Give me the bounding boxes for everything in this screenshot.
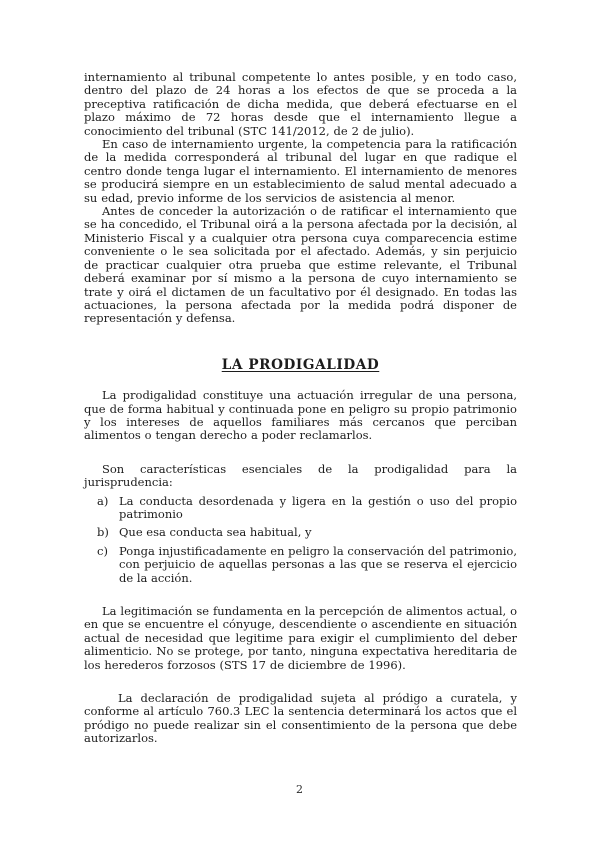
characteristics-list: a) La conducta desordenada y ligera en l…: [84, 495, 517, 585]
document-body: internamiento al tribunal competente lo …: [84, 71, 517, 746]
paragraph-declaracion-curatela: La declaración de prodigalidad sujeta al…: [84, 692, 517, 746]
list-item-c: c) Ponga injustificadamente en peligro l…: [84, 545, 517, 585]
paragraph-internamiento-urgente: En caso de internamiento urgente, la com…: [84, 138, 517, 205]
list-marker-a: a): [97, 495, 119, 522]
list-marker-c: c): [97, 545, 119, 585]
list-item-b: b) Que esa conducta sea habitual, y: [84, 526, 517, 539]
paragraph-autorizacion-ratificacion: Antes de conceder la autorización o de r…: [84, 205, 517, 326]
paragraph-legitimacion: La legitimación se fundamenta en la perc…: [84, 605, 517, 672]
list-item-b-text: Que esa conducta sea habitual, y: [119, 526, 517, 539]
list-item-c-text: Ponga injustificadamente en peligro la c…: [119, 545, 517, 585]
list-marker-b: b): [97, 526, 119, 539]
page-number: 2: [0, 783, 599, 796]
paragraph-internamiento-continuation: internamiento al tribunal competente lo …: [84, 71, 517, 138]
paragraph-caracteristicas-intro: Son características esenciales de la pro…: [84, 463, 517, 490]
paragraph-definicion-prodigalidad: La prodigalidad constituye una actuación…: [84, 389, 517, 443]
section-heading-prodigalidad: LA PRODIGALIDAD: [84, 359, 517, 372]
list-item-a: a) La conducta desordenada y ligera en l…: [84, 495, 517, 522]
list-item-a-text: La conducta desordenada y ligera en la g…: [119, 495, 517, 522]
document-page: internamiento al tribunal competente lo …: [0, 0, 599, 848]
